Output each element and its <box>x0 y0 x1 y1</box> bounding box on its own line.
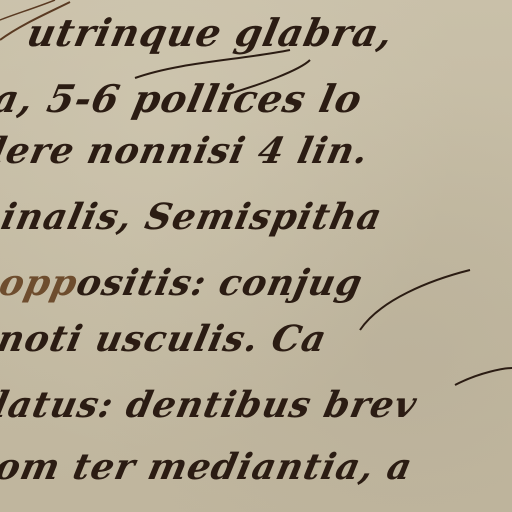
manuscript-line-8: om ter mediantia, a <box>0 446 417 488</box>
manuscript-line-3: lere nonnisi 4 lin. <box>0 130 373 172</box>
manuscript-line-7: latus: dentibus brev <box>0 384 421 426</box>
manuscript-line-5-text: ositis: conjug <box>73 262 367 304</box>
manuscript-line-5: oppositis: conjug <box>0 262 367 304</box>
manuscript-page: utrinque glabra, a, 5-6 pollices lo lere… <box>0 0 512 512</box>
manuscript-line-6: noti usculis. Ca <box>0 318 331 360</box>
manuscript-line-1: utrinque glabra, <box>23 10 398 55</box>
manuscript-line-4: inalis, Semispitha <box>0 196 386 238</box>
manuscript-word-light: opp <box>0 262 82 304</box>
manuscript-line-2: a, 5-6 pollices lo <box>0 76 367 121</box>
